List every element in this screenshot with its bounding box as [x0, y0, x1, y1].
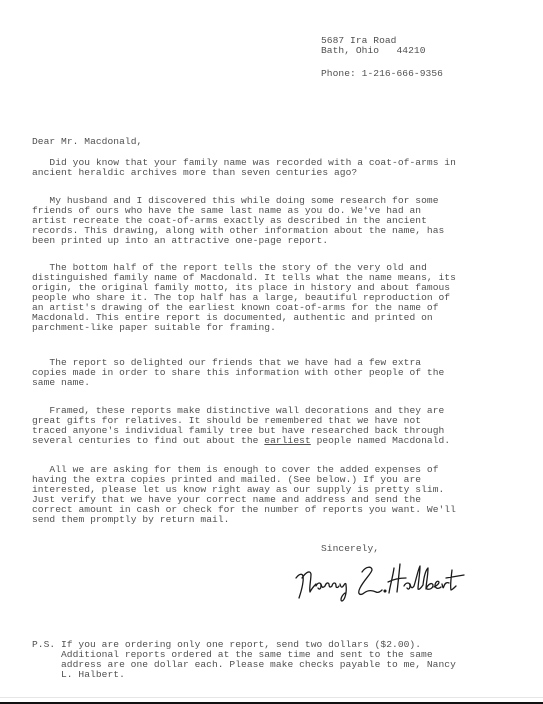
text-segment: several centuries to find out about the [32, 435, 264, 446]
postscript-line: L. Halbert. [61, 670, 125, 680]
salutation: Dear Mr. Macdonald, [32, 137, 142, 147]
postscript-label: P.S. [32, 640, 55, 650]
emphasized-word: earliest [264, 435, 310, 446]
handwritten-signature [290, 560, 490, 605]
paragraph-line: copies made in order to share this infor… [32, 368, 444, 378]
paragraph-line: parchment-like paper suitable for framin… [32, 323, 276, 333]
sender-phone: Phone: 1-216-666-9356 [321, 69, 443, 79]
sender-address-line2: Bath, Ohio 44210 [321, 46, 426, 56]
paragraph-line: been printed up into an attractive one-p… [32, 236, 328, 246]
paragraph-line: same name. [32, 378, 90, 388]
paragraph-line: several centuries to find out about the … [32, 436, 450, 446]
closing: Sincerely, [321, 544, 379, 554]
page-edge-shadow [0, 697, 543, 698]
paragraph-line: ancient heraldic archives more than seve… [32, 168, 357, 178]
text-segment: people named Macdonald. [311, 435, 450, 446]
paragraph-line: send them promptly by return mail. [32, 515, 229, 525]
letter-page: 5687 Ira Road Bath, Ohio 44210 Phone: 1-… [0, 0, 543, 704]
